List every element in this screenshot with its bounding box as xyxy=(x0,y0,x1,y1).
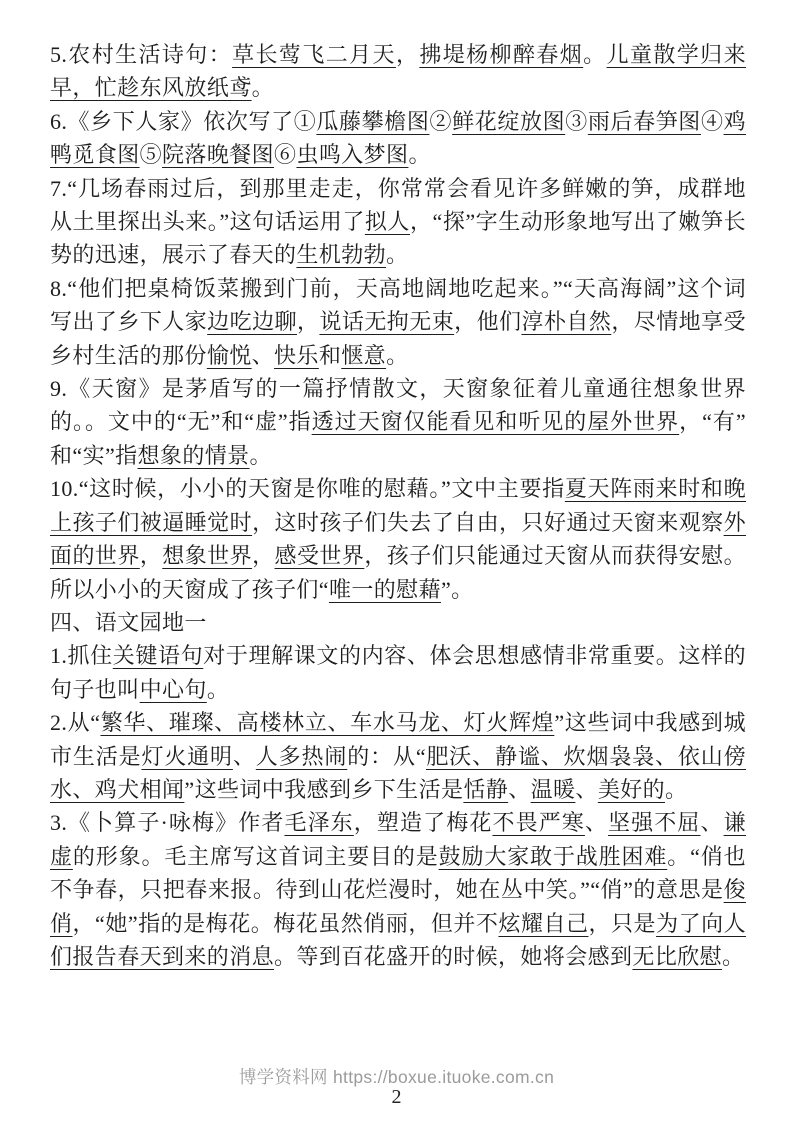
text-run: 。 xyxy=(252,75,274,100)
underlined-phrase: 快乐 xyxy=(274,343,319,368)
text-run: 。等到百花盛开的时候，她将会感到 xyxy=(274,944,632,969)
underlined-phrase: 想象世界 xyxy=(162,543,252,568)
underlined-phrase: 惬意 xyxy=(341,343,386,368)
text-run: ⑥ xyxy=(274,142,296,167)
underlined-phrase: 草长莺飞二月天 xyxy=(232,42,396,67)
underlined-phrase: 鲜花绽放图 xyxy=(452,109,565,134)
underlined-phrase: 美好的 xyxy=(598,777,665,802)
text-run: 。 xyxy=(250,443,272,468)
text-run: 的：从“ xyxy=(347,744,426,769)
underlined-phrase: 院落晚餐图 xyxy=(162,142,274,167)
paragraph: 3.《卜算子·咏梅》作者毛泽东，塑造了梅花不畏严寒、坚强不屈、谦虚的形象。毛主席… xyxy=(50,806,746,973)
underlined-phrase: 炫耀自己 xyxy=(498,911,588,936)
text-run: 。 xyxy=(207,677,229,702)
underlined-phrase: 雨后春笋图 xyxy=(588,109,701,134)
text-run: ，塑造了梅花 xyxy=(354,810,493,835)
underlined-phrase: 愉悦 xyxy=(207,343,252,368)
paragraph: 6.《乡下人家》依次写了①瓜藤攀檐图②鲜花绽放图③雨后春笋图④鸡鸭觅食图⑤院落晚… xyxy=(50,105,746,172)
text-run: 、 xyxy=(585,810,608,835)
text-run: 10.“这时候，小小的天窗是你唯的慰藉。”文中主要指 xyxy=(50,476,565,501)
text-run: 3.《卜算子·咏梅》作者 xyxy=(50,810,284,835)
text-run: 、 xyxy=(233,744,256,769)
paragraph: 9.《天窗》是茅盾写的一篇抒情散文，天窗象征着儿童通往想象世界的。。文中的“无”… xyxy=(50,372,746,472)
text-run: 6.《乡下人家》依次写了① xyxy=(50,109,316,134)
underlined-phrase: 拟人 xyxy=(365,209,410,234)
underlined-phrase: 毛泽东 xyxy=(284,810,353,835)
text-run: 四、语文园地一 xyxy=(50,610,207,635)
text-run: 5.农村生活诗句： xyxy=(50,42,232,67)
underlined-phrase: 坚强不屈 xyxy=(608,810,700,835)
text-run: ， xyxy=(252,543,274,568)
text-run: 2.从“ xyxy=(50,710,100,735)
text-run: ，他们 xyxy=(454,309,521,334)
underlined-phrase: 恬静 xyxy=(463,777,508,802)
underlined-phrase: 淳朴自然 xyxy=(522,309,612,334)
text-run: ，只是 xyxy=(589,911,657,936)
text-run: ⑤ xyxy=(140,142,162,167)
text-run: 、 xyxy=(252,343,274,368)
underlined-phrase: 感受世界 xyxy=(275,543,365,568)
underlined-phrase: 灯火通明 xyxy=(141,744,232,769)
text-run: 。 xyxy=(386,242,408,267)
text-run: 、 xyxy=(575,777,597,802)
text-run: 的形象。毛主席写这首词主要目的是 xyxy=(73,844,439,869)
underlined-phrase: 生机勃勃 xyxy=(296,242,386,267)
text-run: ，这时孩子们失去了自由，只好通过天窗来观察 xyxy=(252,510,724,535)
paragraph: 10.“这时候，小小的天窗是你唯的慰藉。”文中主要指夏天阵雨来时和晚上孩子们被逼… xyxy=(50,472,746,606)
paragraph: 7.“几场春雨过后，到那里走走，你常常会看见许多鲜嫩的笋，成群地从土里探出头来。… xyxy=(50,172,746,272)
underlined-phrase: 边吃边聊 xyxy=(207,309,297,334)
text-run: 。 xyxy=(722,944,744,969)
paragraph: 1.抓住关键语句对于理解课文的内容、体会思想感情非常重要。这样的句子也叫中心句。 xyxy=(50,639,746,706)
paragraph: 5.农村生活诗句：草长莺飞二月天，拂堤杨柳醉春烟。儿童散学归来早，忙趁东风放纸鸢… xyxy=(50,38,746,105)
paragraph: 2.从“繁华、璀璨、高楼林立、车水马龙、灯火辉煌”这些词中我感到城市生活是灯火通… xyxy=(50,706,746,806)
underlined-phrase: 中心句 xyxy=(140,677,207,702)
text-run: ， xyxy=(396,42,419,67)
text-run: ③ xyxy=(565,109,588,134)
paragraph: 8.“他们把桌椅饭菜搬到门前，天高地阔地吃起来。”“天高海阔”这个词写出了乡下人… xyxy=(50,272,746,372)
text-run: 。 xyxy=(408,142,430,167)
document-page: 5.农村生活诗句：草长莺飞二月天，拂堤杨柳醉春烟。儿童散学归来早，忙趁东风放纸鸢… xyxy=(0,0,793,1122)
section-heading: 四、语文园地一 xyxy=(50,606,746,639)
text-run: 、 xyxy=(701,810,724,835)
text-run: ② xyxy=(429,109,452,134)
text-run: 1.抓住 xyxy=(50,643,113,668)
underlined-phrase: 繁华、璀璨、高楼林立、车水马龙、灯火辉煌 xyxy=(100,710,554,735)
underlined-phrase: 虫鸣入梦图 xyxy=(296,142,408,167)
underlined-phrase: 关键语句 xyxy=(113,643,204,668)
underlined-phrase: 不畏严寒 xyxy=(492,810,584,835)
text-run: ， xyxy=(297,309,319,334)
underlined-phrase: 唯一的慰藉 xyxy=(329,577,441,602)
text-run: ， xyxy=(140,543,162,568)
underlined-phrase: 拂堤杨柳醉春烟 xyxy=(419,42,583,67)
text-run: 和 xyxy=(319,343,341,368)
text-run: 。 xyxy=(583,42,606,67)
text-run: 、 xyxy=(508,777,530,802)
page-number: 2 xyxy=(0,1086,793,1109)
underlined-phrase: 说话无拘无束 xyxy=(319,309,454,334)
underlined-phrase: 温暖 xyxy=(531,777,576,802)
text-run: ”这些词中我感到乡下生活是 xyxy=(184,777,463,802)
underlined-phrase: 鼓励大家敢于战胜困难 xyxy=(439,844,668,869)
text-run: 。 xyxy=(665,777,687,802)
text-run: ④ xyxy=(701,109,724,134)
underlined-phrase: 想象的情景 xyxy=(138,443,250,468)
text-run: 。 xyxy=(386,343,408,368)
text-run: ”。 xyxy=(441,577,474,602)
document-body: 5.农村生活诗句：草长莺飞二月天，拂堤杨柳醉春烟。儿童散学归来早，忙趁东风放纸鸢… xyxy=(50,38,746,973)
text-run: ，“她”指的是梅花。梅花虽然俏丽，但并不 xyxy=(73,911,499,936)
underlined-phrase: 透过天窗仅能看见和听见的屋外世界 xyxy=(312,409,680,434)
underlined-phrase: 人多热闹 xyxy=(256,744,347,769)
underlined-phrase: 无比欣慰 xyxy=(632,944,722,969)
underlined-phrase: 瓜藤攀檐图 xyxy=(316,109,429,134)
